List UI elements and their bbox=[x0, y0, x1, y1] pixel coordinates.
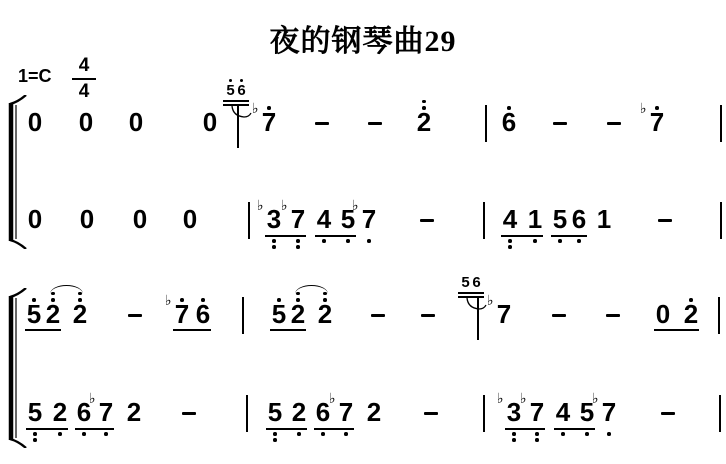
rest-digit: 0 bbox=[27, 207, 43, 231]
beam-line bbox=[173, 329, 211, 331]
octave-dot bbox=[229, 79, 232, 82]
note-digit: 2 bbox=[45, 302, 61, 326]
octave-dot bbox=[82, 432, 86, 436]
beam-line bbox=[75, 428, 114, 430]
note-digit: 2 bbox=[416, 110, 432, 134]
score-title: 夜的钢琴曲29 bbox=[0, 16, 726, 60]
octave-dot bbox=[104, 432, 108, 436]
beam-line bbox=[266, 428, 307, 430]
barline bbox=[719, 395, 721, 432]
octave-dot bbox=[272, 239, 276, 243]
octave-dot bbox=[533, 239, 537, 243]
grace-beam bbox=[223, 100, 249, 102]
octave-dot bbox=[180, 298, 184, 302]
note-digit: 2 bbox=[290, 302, 306, 326]
time-signature: 4 4 bbox=[72, 55, 96, 103]
rest-digit: 0 bbox=[202, 110, 218, 134]
note-digit: 7 bbox=[496, 302, 512, 326]
note-digit: 6 bbox=[195, 302, 211, 326]
octave-dot bbox=[655, 106, 659, 110]
duration-dash bbox=[661, 412, 675, 415]
note-digit: 2 bbox=[52, 400, 68, 424]
beam-line bbox=[270, 329, 306, 331]
barline bbox=[242, 297, 244, 334]
note-digit: 4 bbox=[502, 207, 518, 231]
octave-dot bbox=[297, 432, 301, 436]
rest-digit: 0 bbox=[27, 110, 43, 134]
octave-dot bbox=[240, 79, 243, 82]
note-digit: 1 bbox=[596, 207, 612, 231]
duration-dash bbox=[552, 314, 566, 317]
barline bbox=[720, 202, 722, 239]
note-digit: 6 bbox=[571, 207, 587, 231]
barline bbox=[485, 105, 487, 142]
beam-line bbox=[554, 428, 595, 430]
key-signature: 1=C bbox=[18, 66, 52, 87]
octave-dot bbox=[267, 106, 271, 110]
flat-sign: ♭ bbox=[329, 392, 336, 406]
note-digit: 7 bbox=[261, 110, 277, 134]
beam-line bbox=[551, 235, 587, 237]
octave-dot bbox=[78, 298, 82, 302]
octave-dot bbox=[277, 298, 281, 302]
note-digit: 2 bbox=[126, 400, 142, 424]
note-digit: 5 bbox=[271, 302, 287, 326]
note-digit: 2 bbox=[366, 400, 382, 424]
note-digit: 7 bbox=[290, 207, 306, 231]
note-digit: 4 bbox=[555, 400, 571, 424]
beam-line bbox=[26, 428, 68, 430]
note-digit: 7 bbox=[174, 302, 190, 326]
octave-dot bbox=[535, 432, 539, 436]
note-digit: 4 bbox=[316, 207, 332, 231]
time-signature-bar bbox=[72, 78, 96, 80]
octave-dot bbox=[346, 239, 350, 243]
rest-digit: 0 bbox=[655, 302, 671, 326]
octave-dot bbox=[32, 298, 36, 302]
octave-dot bbox=[272, 245, 276, 249]
flat-sign: ♭ bbox=[592, 392, 599, 406]
octave-dot bbox=[508, 245, 512, 249]
octave-dot bbox=[296, 245, 300, 249]
rest-digit: 0 bbox=[132, 207, 148, 231]
flat-sign: ♭ bbox=[281, 199, 288, 213]
flat-sign: ♭ bbox=[497, 392, 504, 406]
time-signature-numerator: 4 bbox=[72, 55, 96, 77]
flat-sign: ♭ bbox=[640, 102, 647, 116]
octave-dot bbox=[507, 106, 511, 110]
note-digit: 2 bbox=[683, 302, 699, 326]
duration-dash bbox=[128, 314, 142, 317]
note-digit: 7 bbox=[98, 400, 114, 424]
rest-digit: 0 bbox=[78, 110, 94, 134]
duration-dash bbox=[424, 412, 438, 415]
beam-line bbox=[314, 428, 354, 430]
octave-dot bbox=[201, 298, 205, 302]
beam-line bbox=[25, 329, 61, 331]
note-digit: 6 bbox=[501, 110, 517, 134]
note-digit: 2 bbox=[317, 302, 333, 326]
octave-dot bbox=[585, 432, 589, 436]
octave-dot bbox=[561, 432, 565, 436]
note-digit: 7 bbox=[338, 400, 354, 424]
time-signature-denominator: 4 bbox=[72, 81, 96, 103]
barline bbox=[483, 395, 485, 432]
flat-sign: ♭ bbox=[89, 392, 96, 406]
flat-sign: ♭ bbox=[257, 199, 264, 213]
duration-dash bbox=[658, 219, 672, 222]
barline bbox=[248, 202, 250, 239]
note-digit: 5 bbox=[552, 207, 568, 231]
duration-dash bbox=[420, 219, 434, 222]
octave-dot bbox=[58, 432, 62, 436]
flat-sign: ♭ bbox=[165, 294, 172, 308]
octave-dot bbox=[607, 432, 611, 436]
note-digit: 7 bbox=[529, 400, 545, 424]
grace-digit: 6 bbox=[235, 84, 248, 98]
grace-digit: 6 bbox=[470, 276, 483, 290]
slur-curve bbox=[230, 105, 254, 125]
octave-dot bbox=[33, 438, 37, 442]
flat-sign: ♭ bbox=[520, 392, 527, 406]
octave-dot bbox=[512, 432, 516, 436]
octave-dot bbox=[273, 438, 277, 442]
octave-dot bbox=[296, 298, 300, 302]
octave-dot bbox=[296, 239, 300, 243]
octave-dot bbox=[512, 438, 516, 442]
octave-dot bbox=[323, 298, 327, 302]
note-digit: 7 bbox=[601, 400, 617, 424]
barline bbox=[718, 297, 720, 334]
slur-curve bbox=[465, 297, 489, 317]
grace-beam bbox=[458, 292, 484, 294]
duration-dash bbox=[315, 122, 329, 125]
grand-staff-bracket bbox=[2, 95, 30, 254]
octave-dot bbox=[689, 298, 693, 302]
rest-digit: 0 bbox=[79, 207, 95, 231]
beam-line bbox=[501, 235, 543, 237]
beam-line bbox=[505, 428, 545, 430]
barline bbox=[483, 202, 485, 239]
barline bbox=[246, 395, 248, 432]
note-digit: 7 bbox=[649, 110, 665, 134]
octave-dot bbox=[558, 239, 562, 243]
note-digit: 5 bbox=[267, 400, 283, 424]
octave-dot bbox=[344, 432, 348, 436]
duration-dash bbox=[368, 122, 382, 125]
barline bbox=[720, 105, 722, 142]
octave-dot bbox=[535, 438, 539, 442]
octave-dot bbox=[51, 298, 55, 302]
note-digit: 5 bbox=[26, 302, 42, 326]
octave-dot bbox=[422, 100, 426, 104]
flat-sign: ♭ bbox=[352, 199, 359, 213]
duration-dash bbox=[421, 314, 435, 317]
octave-dot bbox=[422, 106, 426, 110]
octave-dot bbox=[508, 239, 512, 243]
duration-dash bbox=[182, 412, 196, 415]
octave-dot bbox=[577, 239, 581, 243]
duration-dash bbox=[553, 122, 567, 125]
beam-line bbox=[654, 329, 699, 331]
score-sheet: 夜的钢琴曲29 1=C 4 4 00007♭56267♭00003♭7♭457♭… bbox=[0, 0, 726, 464]
octave-dot bbox=[273, 432, 277, 436]
note-digit: 3 bbox=[266, 207, 282, 231]
octave-dot bbox=[321, 432, 325, 436]
octave-dot bbox=[33, 432, 37, 436]
note-digit: 2 bbox=[291, 400, 307, 424]
note-digit: 7 bbox=[361, 207, 377, 231]
octave-dot bbox=[367, 239, 371, 243]
tie-arc bbox=[50, 285, 83, 294]
rest-digit: 0 bbox=[182, 207, 198, 231]
tie-arc bbox=[295, 285, 328, 294]
beam-line bbox=[265, 235, 306, 237]
octave-dot bbox=[322, 239, 326, 243]
beam-line bbox=[315, 235, 356, 237]
note-digit: 2 bbox=[72, 302, 88, 326]
rest-digit: 0 bbox=[128, 110, 144, 134]
duration-dash bbox=[607, 122, 621, 125]
duration-dash bbox=[371, 314, 385, 317]
duration-dash bbox=[606, 314, 620, 317]
note-digit: 5 bbox=[27, 400, 43, 424]
note-digit: 1 bbox=[527, 207, 543, 231]
